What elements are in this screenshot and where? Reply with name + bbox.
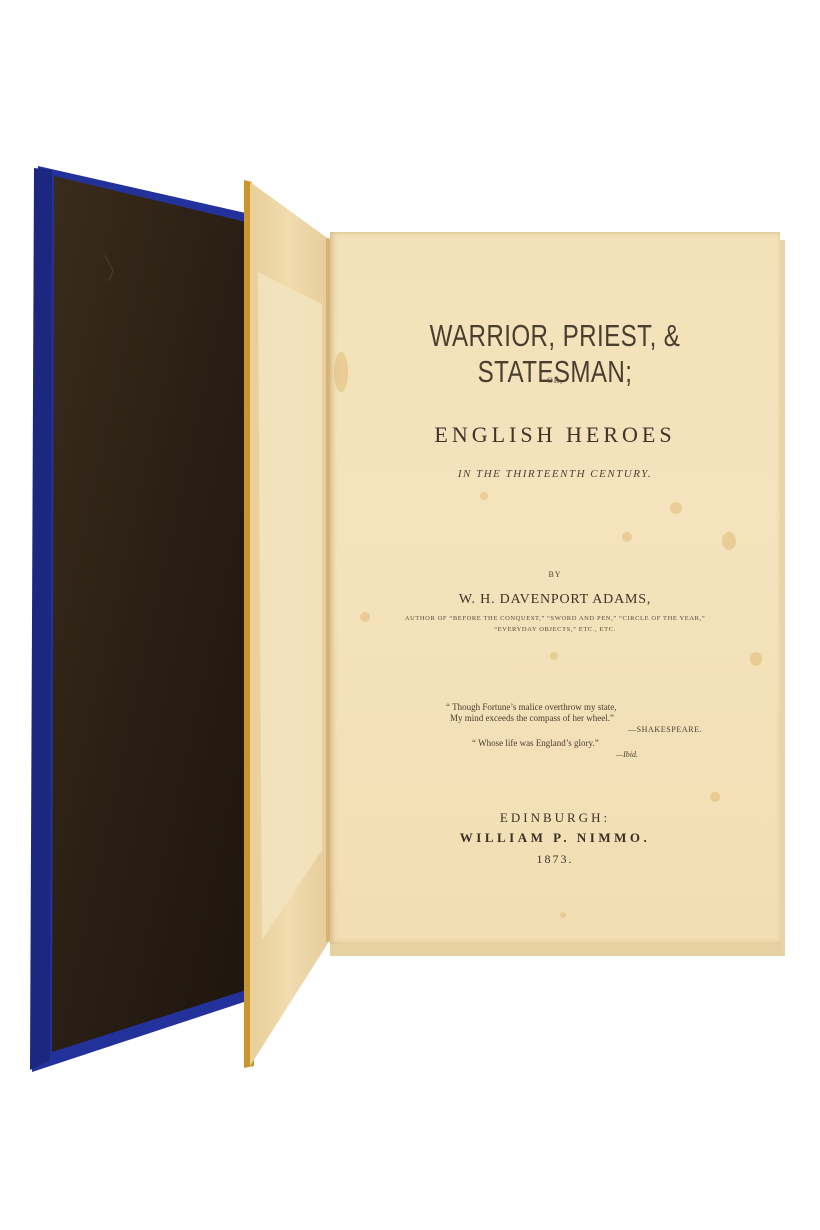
foxing-spot — [710, 792, 720, 802]
foxing-spot — [750, 652, 762, 666]
author-name: W. H. DAVENPORT ADAMS, — [330, 592, 780, 608]
foxing-spot — [550, 652, 558, 660]
author-works-line-2: “EVERYDAY OBJECTS,” ETC., ETC. — [330, 626, 780, 633]
foxing-spot — [560, 912, 566, 918]
author-works-line-1: AUTHOR OF “BEFORE THE CONQUEST,” “SWORD … — [330, 615, 780, 622]
imprint-city: EDINBURGH: — [330, 810, 780, 826]
foxing-spot — [670, 502, 682, 514]
epigraph-line-1: “ Though Fortune’s malice overthrow my s… — [446, 702, 617, 712]
book-subtitle-2: IN THE THIRTEENTH CENTURY. — [330, 468, 780, 480]
book-photo: WARRIOR, PRIEST, & STATESMAN; OR, ENGLIS… — [0, 0, 820, 1230]
by-line: BY — [330, 570, 780, 579]
title-page: WARRIOR, PRIEST, & STATESMAN; OR, ENGLIS… — [330, 232, 780, 944]
endpaper — [52, 176, 246, 1052]
foxing-spot — [334, 352, 348, 392]
foxing-spot — [480, 492, 488, 500]
title-or: OR, — [330, 376, 780, 385]
book-subtitle: ENGLISH HEROES — [330, 422, 780, 448]
foxing-spot — [722, 532, 736, 550]
epigraph-attribution-2: —Ibid. — [616, 750, 638, 759]
page-bottom-edge — [330, 942, 782, 956]
epigraph-line-2: My mind exceeds the compass of her wheel… — [450, 713, 614, 723]
imprint-publisher: WILLIAM P. NIMMO. — [330, 830, 780, 846]
epigraph-attribution-1: —SHAKESPEARE. — [628, 725, 702, 734]
epigraph-line-3: “ Whose life was England’s glory.” — [472, 738, 599, 748]
foxing-spot — [622, 532, 632, 542]
tissue-guard — [258, 272, 322, 940]
imprint-year: 1873. — [330, 852, 780, 867]
